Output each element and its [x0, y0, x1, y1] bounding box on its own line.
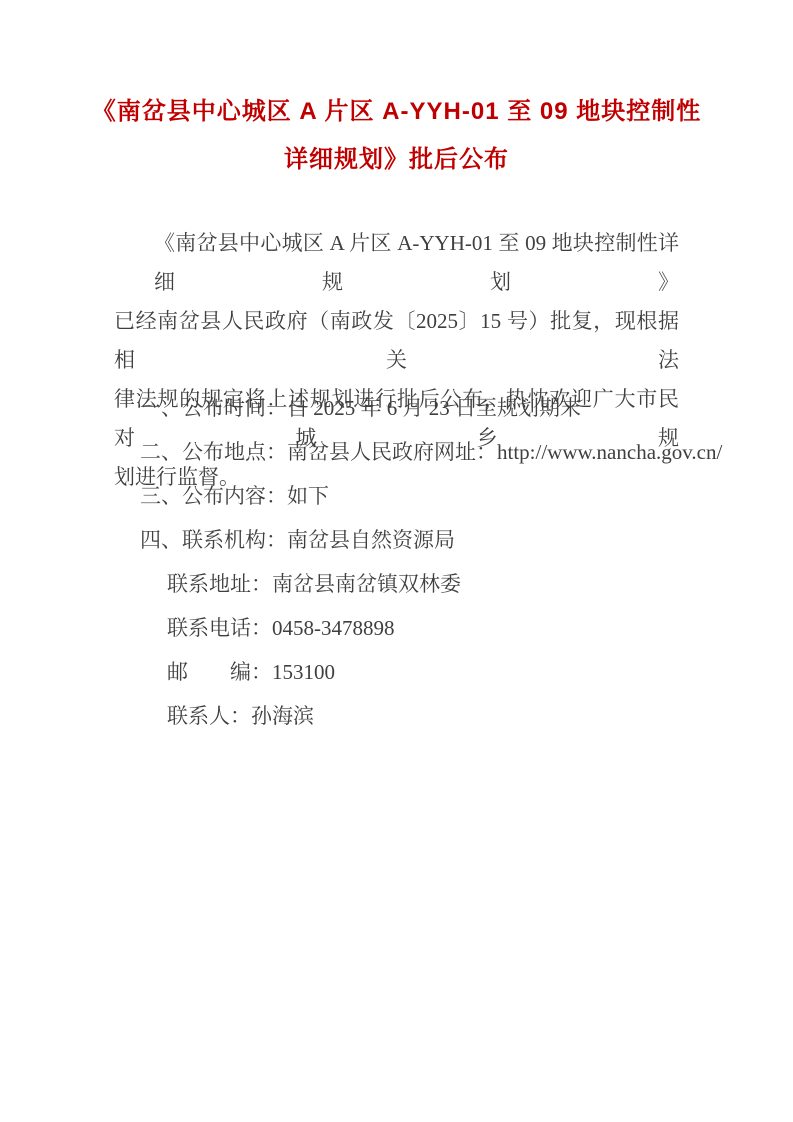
contact-person-line: 联系人：孙海滨 — [114, 694, 679, 738]
title-line-1: 《南岔县中心城区 A 片区 A-YYH-01 至 09 地块控制性 — [0, 88, 793, 136]
item-publish-place: 二、公布地点：南岔县人民政府网址：http://www.nancha.gov.c… — [114, 430, 679, 474]
item-publish-content: 三、公布内容：如下 — [114, 474, 679, 518]
document-title: 《南岔县中心城区 A 片区 A-YYH-01 至 09 地块控制性 详细规划》批… — [0, 88, 793, 184]
item-publish-time: 一、公布时间：自 2025 年 6 月 23 日至规划期末 — [114, 386, 679, 430]
title-line-2: 详细规划》批后公布 — [0, 136, 793, 184]
paragraph-line-2: 已经南岔县人民政府（南政发〔2025〕15 号）批复，现根据相关法 — [114, 302, 679, 380]
postal-code-line: 邮 编：153100 — [114, 650, 679, 694]
contact-phone-line: 联系电话：0458-3478898 — [114, 606, 679, 650]
document-page: 《南岔县中心城区 A 片区 A-YYH-01 至 09 地块控制性 详细规划》批… — [0, 0, 793, 1122]
contact-address-line: 联系地址：南岔县南岔镇双林委 — [114, 562, 679, 606]
paragraph-line-1: 《南岔县中心城区 A 片区 A-YYH-01 至 09 地块控制性详细规划》 — [114, 224, 679, 302]
item-contact-agency: 四、联系机构：南岔县自然资源局 — [114, 518, 679, 562]
announcement-details: 一、公布时间：自 2025 年 6 月 23 日至规划期末 二、公布地点：南岔县… — [114, 386, 679, 738]
